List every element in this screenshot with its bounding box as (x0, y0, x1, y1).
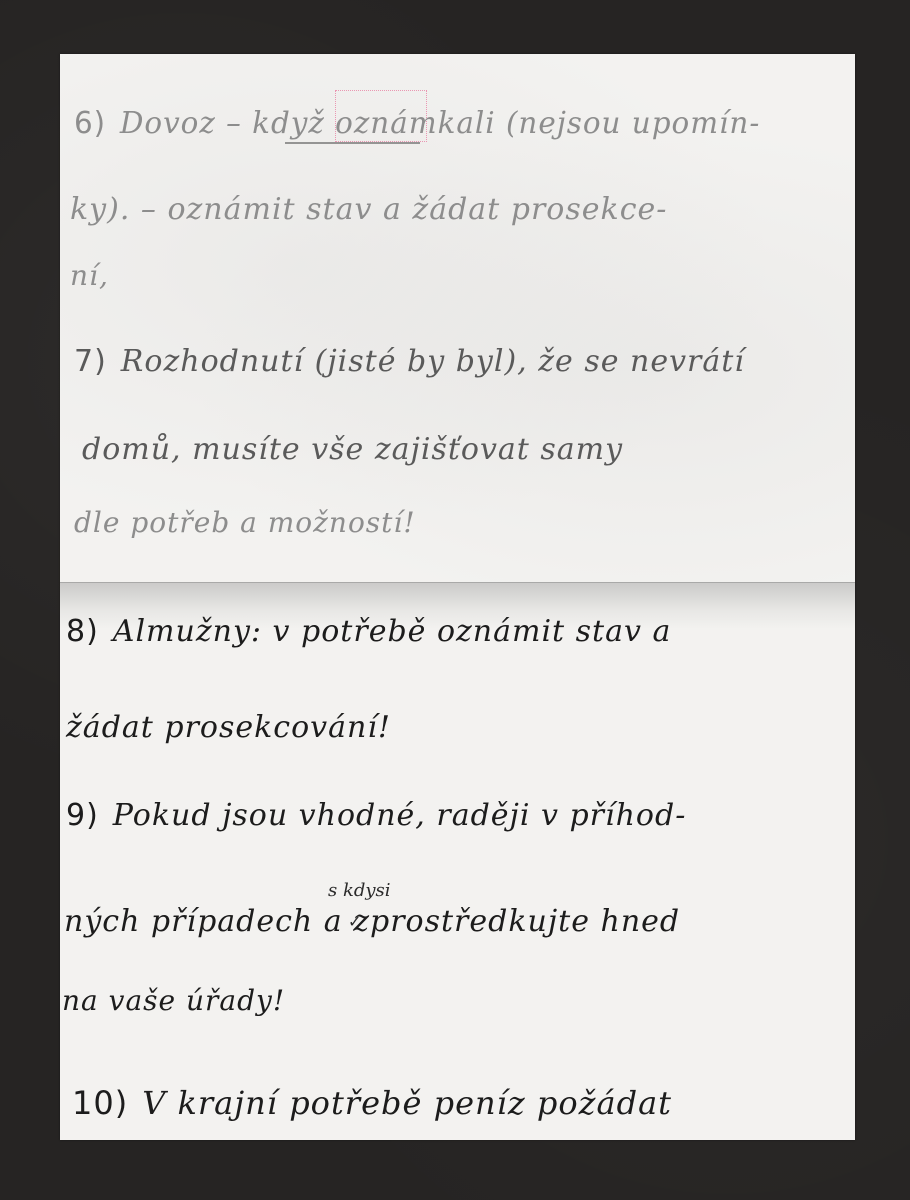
paragraph-9-line-2: ných případech a zprostředkujte hned (64, 904, 680, 939)
paragraph-9-line-1: 9)Pokud jsou vhodné, raději v příhod- (66, 798, 686, 833)
paragraph-number: 10) (72, 1084, 128, 1122)
inserted-words: s kdysi (328, 880, 391, 901)
paragraph-7-line-2: domů, musíte vše zajišťovat samy (82, 432, 623, 467)
paragraph-number: 9) (66, 798, 99, 833)
paragraph-10-line-1: 10)V krajní potřebě peníz požádat (72, 1084, 672, 1122)
paragraph-number: 7) (74, 344, 107, 379)
handwritten-page: 6)Dovoz – když oznámkali (nejsou upomín-… (60, 54, 855, 1140)
paragraph-6-line-3: ní, (70, 259, 109, 292)
paragraph-number: 8) (66, 614, 99, 649)
underline-mark (285, 142, 420, 144)
paragraph-7-line-3: dle potřeb a možností! (74, 506, 416, 539)
paragraph-8-line-1: 8)Almužny: v potřebě oznámit stav a (66, 614, 671, 649)
paragraph-6-line-2: ky). – oznámit stav a žádat prosekce- (70, 192, 667, 227)
paragraph-7-line-1: 7)Rozhodnutí (jisté by byl), že se nevrá… (74, 344, 745, 379)
paragraph-6-line-1: 6)Dovoz – když oznámkali (nejsou upomín- (74, 106, 760, 141)
paragraph-8-line-2: žádat prosekcování! (66, 710, 391, 745)
paragraph-9-line-3: na vaše úřady! (62, 984, 285, 1017)
paragraph-number: 6) (74, 106, 106, 141)
